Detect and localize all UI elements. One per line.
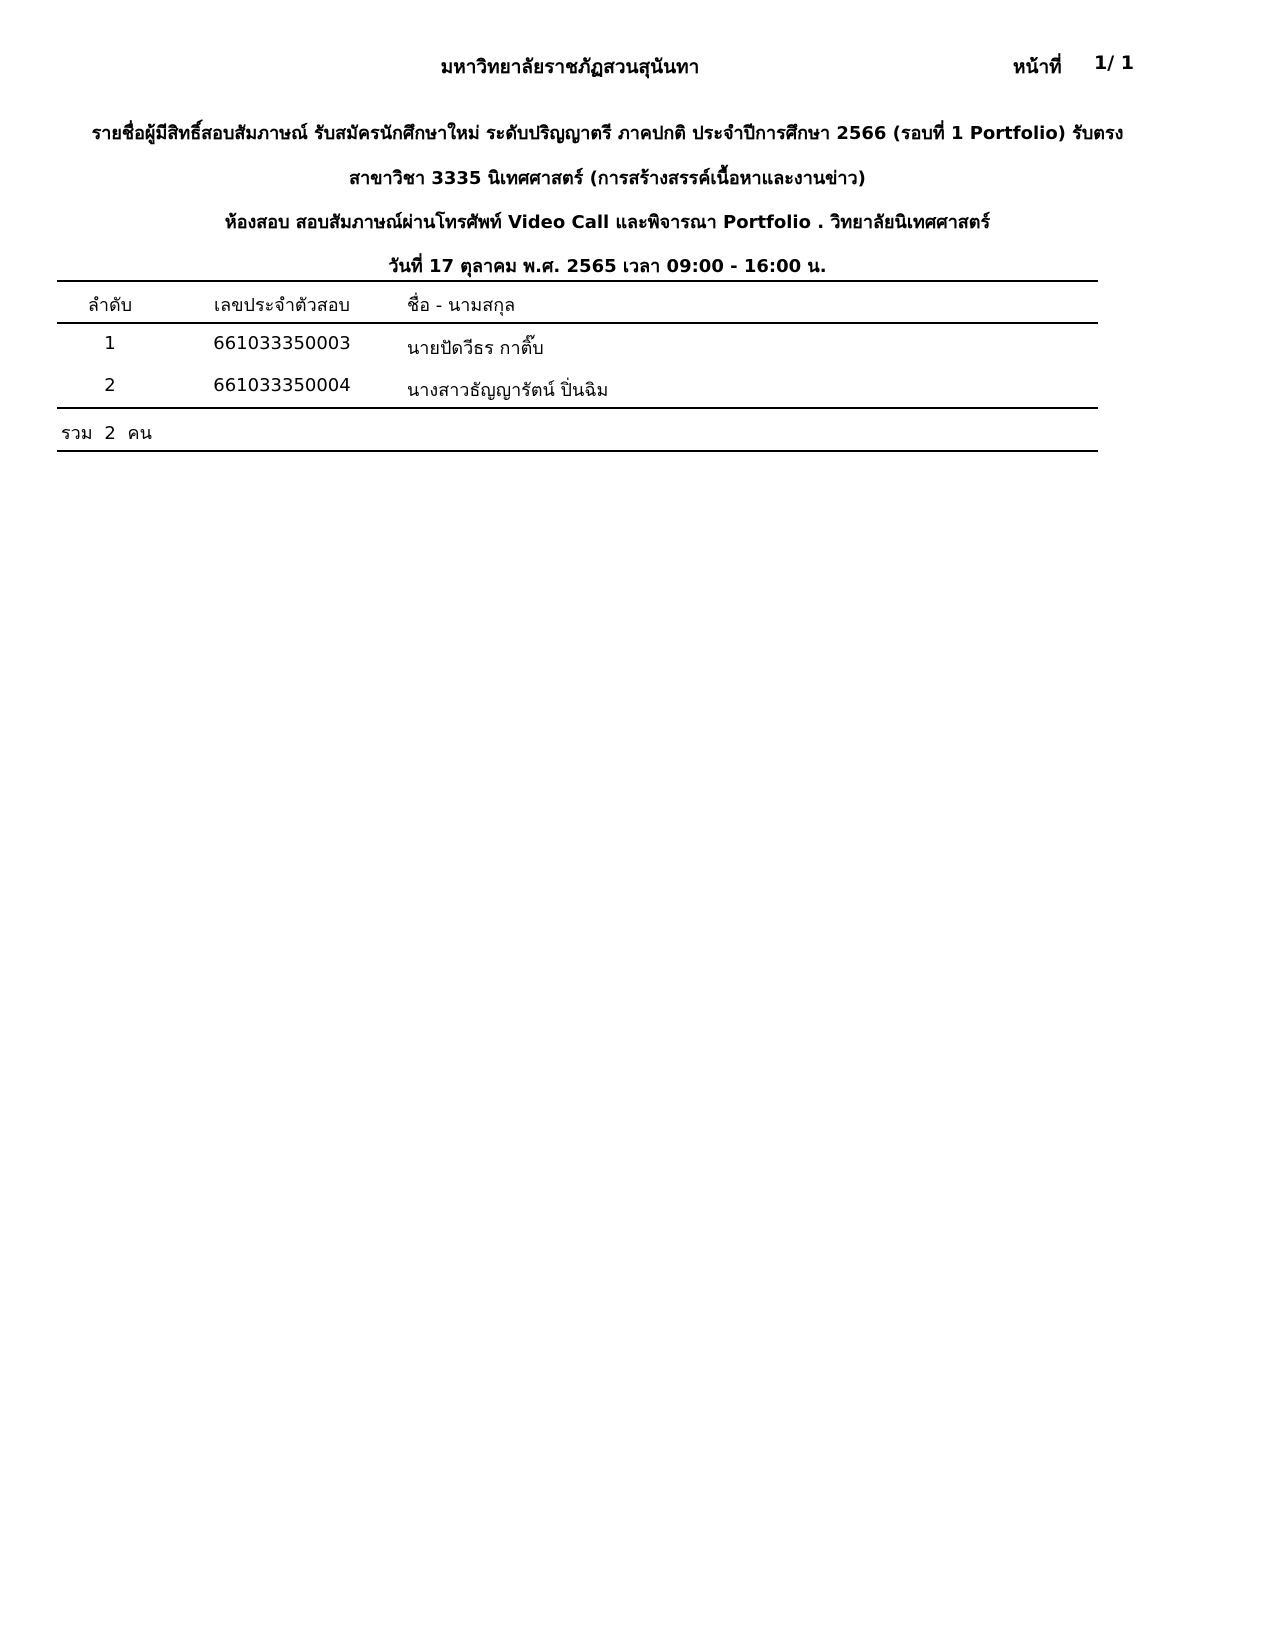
column-header-exam-id: เลขประจำตัวสอบ xyxy=(190,290,374,319)
university-name: มหาวิทยาลัยราชภัฏสวนสุนันทา xyxy=(0,52,1140,82)
row-seq: 1 xyxy=(62,333,158,354)
document-title-line-1: รายชื่อผู้มีสิทธิ์สอบสัมภาษณ์ รับสมัครนั… xyxy=(0,118,1215,147)
table-bottom-rule xyxy=(57,450,1098,452)
column-header-seq: ลำดับ xyxy=(62,290,158,319)
row-exam-id: 661033350003 xyxy=(190,333,374,354)
page-number: 1/ 1 xyxy=(1094,52,1134,74)
row-seq: 2 xyxy=(62,375,158,396)
column-header-name: ชื่อ - นามสกุล xyxy=(407,290,515,319)
table-body-rule xyxy=(57,407,1098,409)
document-title-line-4: วันที่ 17 ตุลาคม พ.ศ. 2565 เวลา 09:00 - … xyxy=(0,251,1215,280)
row-name: นายปัดวีธร กาติ๊บ xyxy=(407,333,544,362)
document-title-line-2: สาขาวิชา 3335 นิเทศศาสตร์ (การสร้างสรรค์… xyxy=(0,163,1215,192)
row-exam-id: 661033350004 xyxy=(190,375,374,396)
table-top-rule xyxy=(57,280,1098,282)
table-header-rule xyxy=(57,322,1098,324)
document-title-line-3: ห้องสอบ สอบสัมภาษณ์ผ่านโทรศัพท์ Video Ca… xyxy=(0,207,1215,236)
row-name: นางสาวธัญญารัตน์ ปิ่นฉิม xyxy=(407,375,608,404)
page-label: หน้าที่ xyxy=(1013,52,1062,82)
total-count: รวม 2 คน xyxy=(61,418,152,447)
